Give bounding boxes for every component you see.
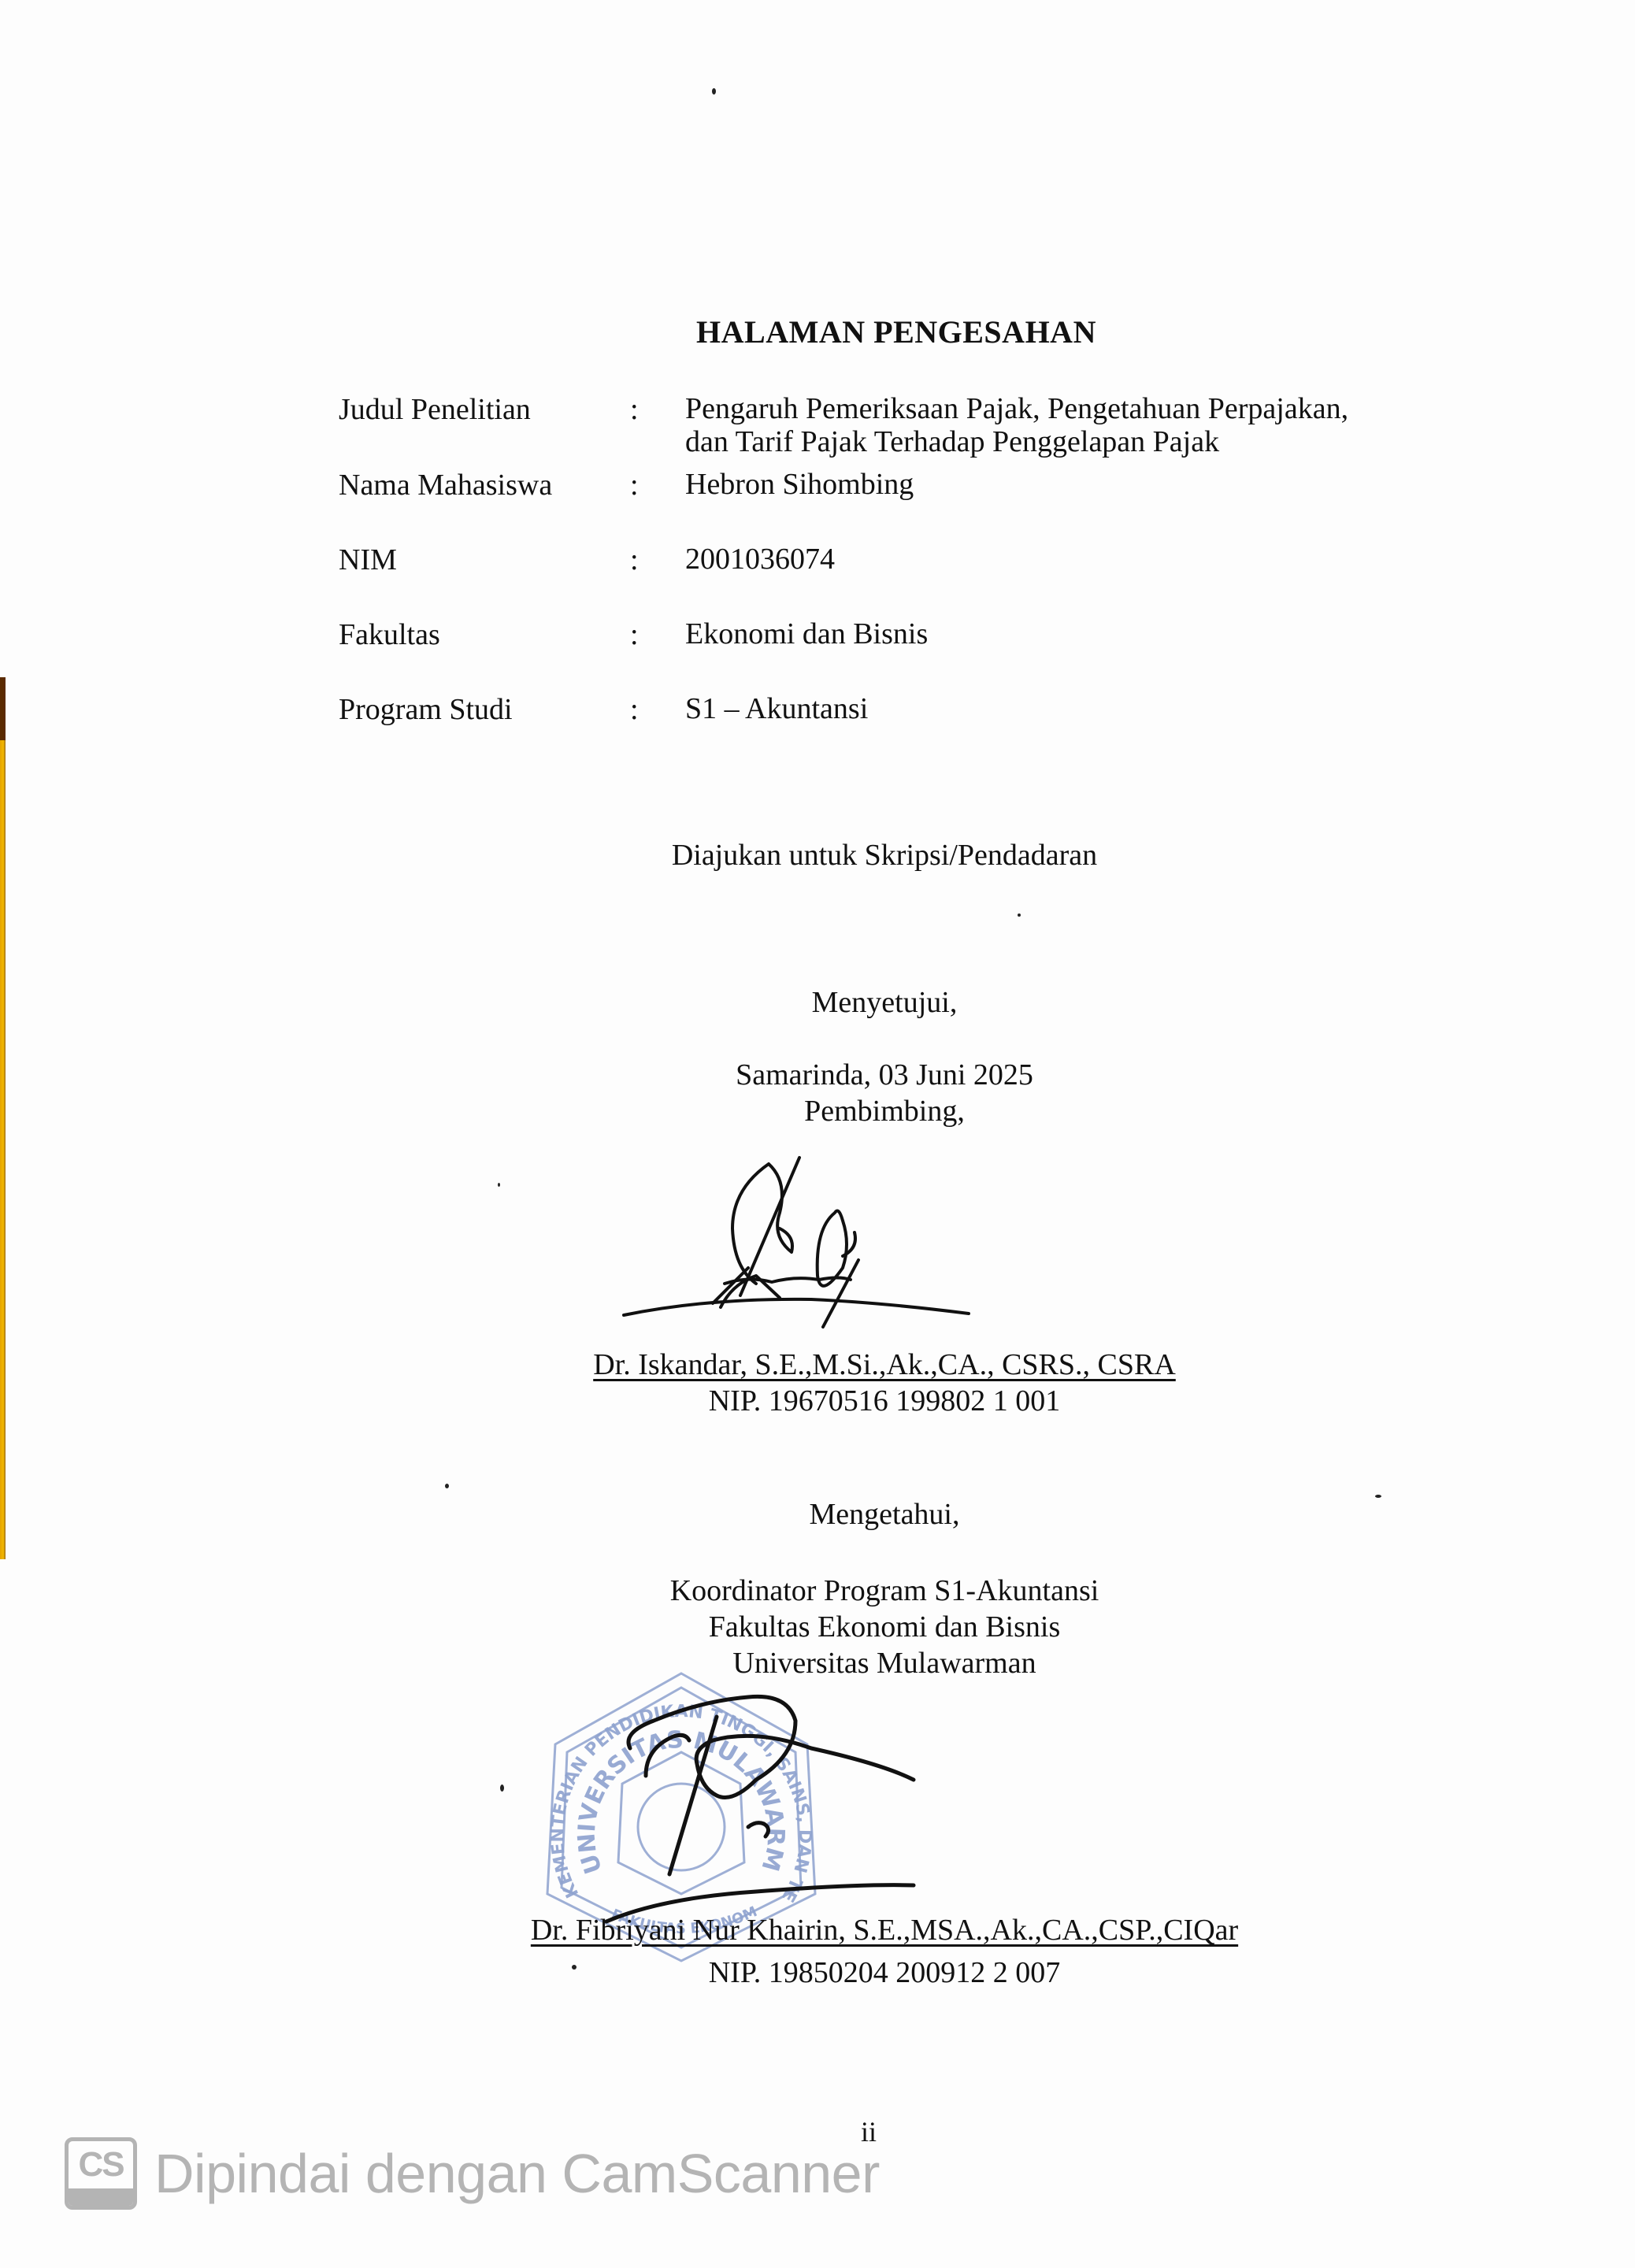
coordinator-signature [599, 1685, 1150, 1890]
field-label: Program Studi [339, 692, 513, 727]
field-colon: : [630, 392, 639, 427]
approval-place-date: Samarinda, 03 Juni 2025 [0, 1057, 1635, 1093]
page-title: HALAMAN PENGESAHAN [0, 313, 1635, 350]
field-value: Pengaruh Pemeriksaan Pajak, Pengetahuan … [685, 392, 1348, 458]
scan-edge-shadow [0, 677, 6, 740]
coordinator-nip: NIP. 19850204 200912 2 007 [0, 1955, 1635, 1991]
scan-speck [712, 88, 716, 94]
field-value-line: Pengaruh Pemeriksaan Pajak, Pengetahuan … [685, 392, 1348, 425]
acknowledgement-heading: Mengetahui, [0, 1496, 1635, 1532]
field-label: Fakultas [339, 617, 440, 652]
field-label: Judul Penelitian [339, 392, 531, 427]
advisor-signature [614, 1158, 992, 1347]
field-value: Hebron Sihombing [685, 468, 914, 501]
approval-role: Pembimbing, [0, 1093, 1635, 1129]
advisor-name: Dr. Iskandar, S.E.,M.Si.,Ak.,CA., CSRS.,… [0, 1347, 1635, 1383]
field-colon: : [630, 543, 639, 577]
field-colon: : [630, 468, 639, 502]
field-colon: : [630, 617, 639, 652]
field-value: Ekonomi dan Bisnis [685, 617, 928, 650]
scan-speck [1018, 913, 1021, 917]
advisor-nip: NIP. 19670516 199802 1 001 [0, 1383, 1635, 1419]
submission-note: Diajukan untuk Skripsi/Pendadaran [0, 837, 1635, 873]
scan-speck [498, 1183, 500, 1187]
camscanner-logo-bar [69, 2188, 133, 2206]
approval-heading: Menyetujui, [0, 984, 1635, 1021]
field-colon: : [630, 692, 639, 727]
camscanner-logo-text: CS [69, 2141, 133, 2188]
camscanner-watermark: CS Dipindai dengan CamScanner [65, 2136, 880, 2211]
field-value: 2001036074 [685, 543, 835, 576]
camscanner-logo-icon: CS [65, 2137, 137, 2210]
field-label: NIM [339, 543, 397, 577]
field-value-line: dan Tarif Pajak Terhadap Penggelapan Paj… [685, 425, 1348, 458]
scan-speck [445, 1484, 449, 1488]
field-label: Nama Mahasiswa [339, 468, 552, 502]
field-value: S1 – Akuntansi [685, 692, 868, 725]
coordinator-role-line: Fakultas Ekonomi dan Bisnis [0, 1609, 1635, 1645]
camscanner-text: Dipindai dengan CamScanner [154, 2142, 880, 2205]
coordinator-name: Dr. Fibriyani Nur Khairin, S.E.,MSA.,Ak.… [0, 1912, 1635, 1948]
coordinator-role-line: Koordinator Program S1-Akuntansi [0, 1573, 1635, 1609]
scan-speck [500, 1784, 504, 1792]
